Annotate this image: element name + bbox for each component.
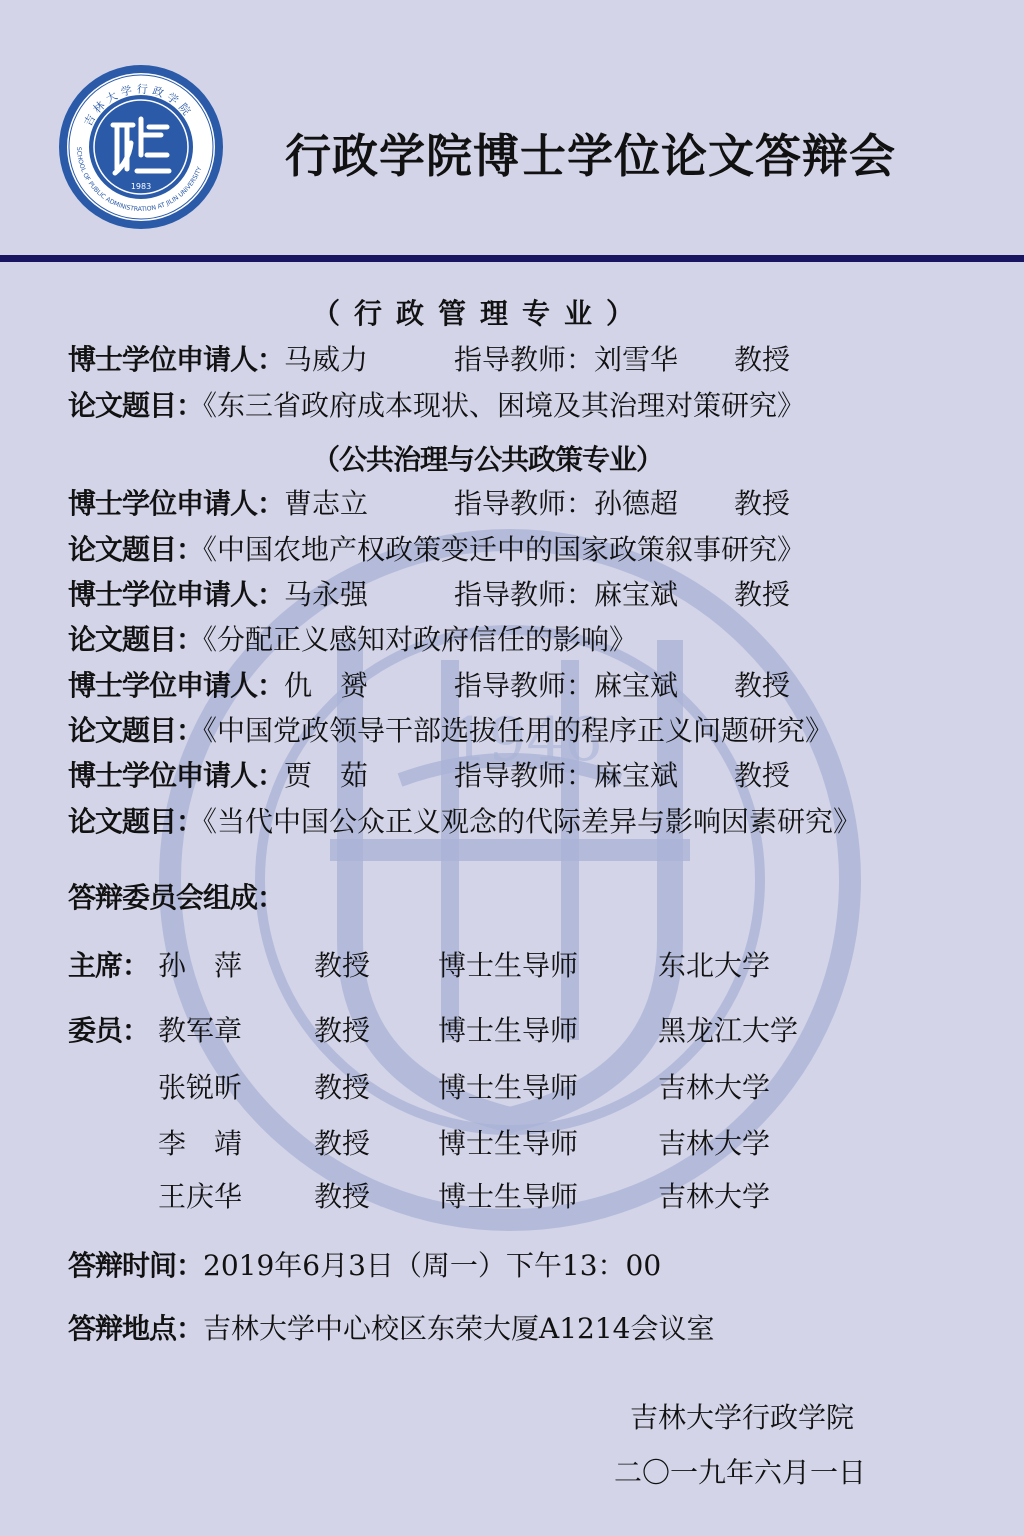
committee-member-row: 李 靖教授博士生导师吉林大学: [68, 1122, 770, 1162]
member-supervisor: 博士生导师: [438, 1009, 658, 1049]
committee-member-row: 委员：教军章教授博士生导师黑龙江大学: [68, 1009, 798, 1049]
member-name: 教军章: [158, 1009, 314, 1049]
thesis-row: 论文题目：《东三省政府成本现状、困境及其治理对策研究》: [68, 384, 805, 424]
advisor-name: 刘雪华: [594, 338, 734, 378]
thesis-label: 论文题目：: [68, 714, 203, 747]
applicant-name: 仇 赟: [284, 664, 454, 704]
thesis-row: 论文题目：《分配正义感知对政府信任的影响》: [68, 618, 637, 658]
member-name: 孙 萍: [158, 944, 314, 984]
advisor-label: 指导教师：: [454, 664, 594, 704]
advisor-name: 麻宝斌: [594, 573, 734, 613]
member-name: 李 靖: [158, 1122, 314, 1162]
defense-time-value: 2019年6月3日（周一）下午13：00: [203, 1249, 661, 1282]
member-university: 吉林大学: [658, 1066, 770, 1106]
advisor-title: 教授: [734, 669, 790, 702]
candidate-row: 博士学位申请人：曹志立指导教师：孙德超教授: [68, 482, 790, 522]
member-name: 王庆华: [158, 1175, 314, 1215]
member-title: 教授: [314, 944, 438, 984]
advisor-label: 指导教师：: [454, 482, 594, 522]
advisor-title: 教授: [734, 759, 790, 792]
signature-date: 二〇一九年六月一日: [614, 1451, 866, 1491]
thesis-label: 论文题目：: [68, 623, 203, 656]
advisor-label: 指导教师：: [454, 754, 594, 794]
committee-member-row: 王庆华教授博士生导师吉林大学: [68, 1175, 770, 1215]
advisor-title: 教授: [734, 487, 790, 520]
member-supervisor: 博士生导师: [438, 1122, 658, 1162]
thesis-title: 《东三省政府成本现状、困境及其治理对策研究》: [203, 389, 805, 422]
candidate-row: 博士学位申请人：马威力指导教师：刘雪华教授: [68, 338, 790, 378]
defense-place-label: 答辩地点：: [68, 1312, 203, 1345]
notice-body: （行政管理专业） 博士学位申请人：马威力指导教师：刘雪华教授 论文题目：《东三省…: [0, 0, 1024, 1536]
thesis-label: 论文题目：: [68, 389, 203, 422]
candidate-row: 博士学位申请人：贾 茹指导教师：麻宝斌教授: [68, 754, 790, 794]
advisor-label: 指导教师：: [454, 573, 594, 613]
committee-role: 委员：: [68, 1009, 158, 1049]
defense-place: 答辩地点：吉林大学中心校区东荣大厦A1214会议室: [68, 1307, 715, 1347]
applicant-label: 博士学位申请人：: [68, 759, 284, 792]
member-name: 张锐昕: [158, 1066, 314, 1106]
committee-member-row: 主席：孙 萍教授博士生导师东北大学: [68, 944, 770, 984]
member-title: 教授: [314, 1175, 438, 1215]
member-university: 东北大学: [658, 944, 770, 984]
applicant-name: 马威力: [284, 338, 454, 378]
member-supervisor: 博士生导师: [438, 944, 658, 984]
advisor-label: 指导教师：: [454, 338, 594, 378]
thesis-title: 《当代中国公众正义观念的代际差异与影响因素研究》: [203, 805, 861, 838]
applicant-name: 马永强: [284, 573, 454, 613]
applicant-label: 博士学位申请人：: [68, 669, 284, 702]
major-heading: （公共治理与公共政策专业）: [312, 438, 663, 478]
applicant-label: 博士学位申请人：: [68, 578, 284, 611]
thesis-title: 《中国农地产权政策变迁中的国家政策叙事研究》: [203, 533, 805, 566]
member-supervisor: 博士生导师: [438, 1175, 658, 1215]
candidate-row: 博士学位申请人：仇 赟指导教师：麻宝斌教授: [68, 664, 790, 704]
member-university: 吉林大学: [658, 1175, 770, 1215]
thesis-title: 《分配正义感知对政府信任的影响》: [203, 623, 637, 656]
committee-member-row: 张锐昕教授博士生导师吉林大学: [68, 1066, 770, 1106]
member-title: 教授: [314, 1066, 438, 1106]
advisor-title: 教授: [734, 578, 790, 611]
thesis-title: 《中国党政领导干部选拔任用的程序正义问题研究》: [203, 714, 833, 747]
advisor-name: 麻宝斌: [594, 754, 734, 794]
advisor-name: 麻宝斌: [594, 664, 734, 704]
advisor-title: 教授: [734, 343, 790, 376]
thesis-row: 论文题目：《中国农地产权政策变迁中的国家政策叙事研究》: [68, 528, 805, 568]
defense-time-label: 答辩时间：: [68, 1249, 203, 1282]
candidate-row: 博士学位申请人：马永强指导教师：麻宝斌教授: [68, 573, 790, 613]
thesis-label: 论文题目：: [68, 533, 203, 566]
committee-role: 主席：: [68, 944, 158, 984]
advisor-name: 孙德超: [594, 482, 734, 522]
applicant-label: 博士学位申请人：: [68, 343, 284, 376]
committee-heading: 答辩委员会组成：: [68, 876, 284, 916]
thesis-label: 论文题目：: [68, 805, 203, 838]
major-heading: （行政管理专业）: [312, 292, 648, 332]
defense-time: 答辩时间：2019年6月3日（周一）下午13：00: [68, 1244, 661, 1284]
thesis-row: 论文题目：《中国党政领导干部选拔任用的程序正义问题研究》: [68, 709, 833, 749]
member-supervisor: 博士生导师: [438, 1066, 658, 1106]
member-university: 吉林大学: [658, 1122, 770, 1162]
member-title: 教授: [314, 1009, 438, 1049]
thesis-row: 论文题目：《当代中国公众正义观念的代际差异与影响因素研究》: [68, 800, 861, 840]
member-title: 教授: [314, 1122, 438, 1162]
applicant-label: 博士学位申请人：: [68, 487, 284, 520]
defense-place-value: 吉林大学中心校区东荣大厦A1214会议室: [203, 1312, 714, 1345]
applicant-name: 贾 茹: [284, 754, 454, 794]
applicant-name: 曹志立: [284, 482, 454, 522]
member-university: 黑龙江大学: [658, 1009, 798, 1049]
signature-org: 吉林大学行政学院: [630, 1396, 854, 1436]
